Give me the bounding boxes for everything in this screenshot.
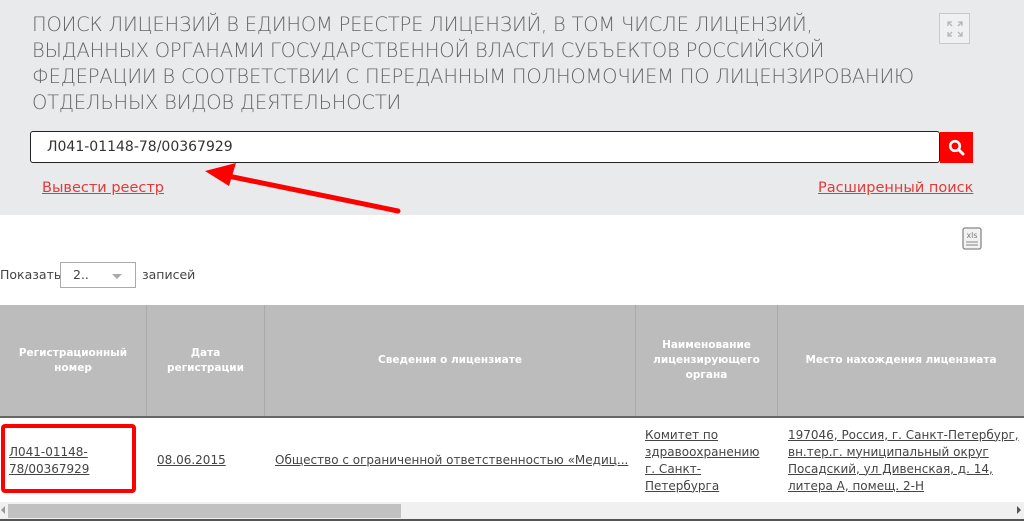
- column-header-authority[interactable]: Наименование лицензирующего органа: [636, 305, 778, 416]
- column-header-reg-number[interactable]: Регистрационный номер: [0, 305, 147, 416]
- xls-file-icon: xls: [962, 226, 982, 250]
- scroll-left-icon[interactable]: [1, 506, 5, 514]
- table-header: Регистрационный номер Дата регистрации С…: [0, 305, 1024, 418]
- column-header-address[interactable]: Место нахождения лицензиата: [778, 305, 1024, 416]
- address-link[interactable]: 197046, Россия, г. Санкт-Петербург, вн.т…: [788, 427, 1020, 495]
- expand-icon: [946, 20, 964, 38]
- svg-text:xls: xls: [966, 231, 977, 240]
- page-size-value: 2..: [73, 267, 89, 282]
- scroll-right-icon[interactable]: [1017, 506, 1021, 514]
- authority-link[interactable]: Комитет по здравоохранению г. Санкт-Пете…: [645, 427, 773, 495]
- scrollbar-thumb[interactable]: [8, 504, 401, 518]
- reg-date-link[interactable]: 08.06.2015: [157, 452, 226, 469]
- table-row: Л041-01148-78/00367929 08.06.2015 Общест…: [0, 418, 1024, 503]
- export-xls-button[interactable]: xls: [962, 226, 982, 250]
- annotation-highlight-box: [1, 424, 136, 493]
- page-size-select[interactable]: 2..: [60, 262, 136, 288]
- fullscreen-button[interactable]: [939, 13, 970, 44]
- licensee-link[interactable]: Общество с ограниченной ответственностью…: [275, 452, 628, 469]
- show-label: Показать: [0, 267, 61, 282]
- page-title: ПОИСК ЛИЦЕНЗИЙ В ЕДИНОМ РЕЕСТРЕ ЛИЦЕНЗИЙ…: [32, 12, 922, 116]
- search-icon: [948, 139, 965, 156]
- advanced-search-link[interactable]: Расширенный поиск: [818, 180, 973, 196]
- column-header-licensee[interactable]: Сведения о лицензиате: [265, 305, 636, 416]
- search-button[interactable]: [940, 132, 973, 163]
- chevron-down-icon: [112, 274, 122, 279]
- records-label: записей: [142, 267, 195, 282]
- search-input[interactable]: [31, 132, 939, 162]
- search-panel: ПОИСК ЛИЦЕНЗИЙ В ЕДИНОМ РЕЕСТРЕ ЛИЦЕНЗИЙ…: [0, 0, 1024, 215]
- horizontal-scrollbar[interactable]: [0, 502, 1024, 521]
- search-field[interactable]: [30, 131, 940, 163]
- export-registry-link[interactable]: Вывести реестр: [42, 180, 164, 196]
- column-header-reg-date[interactable]: Дата регистрации: [147, 305, 265, 416]
